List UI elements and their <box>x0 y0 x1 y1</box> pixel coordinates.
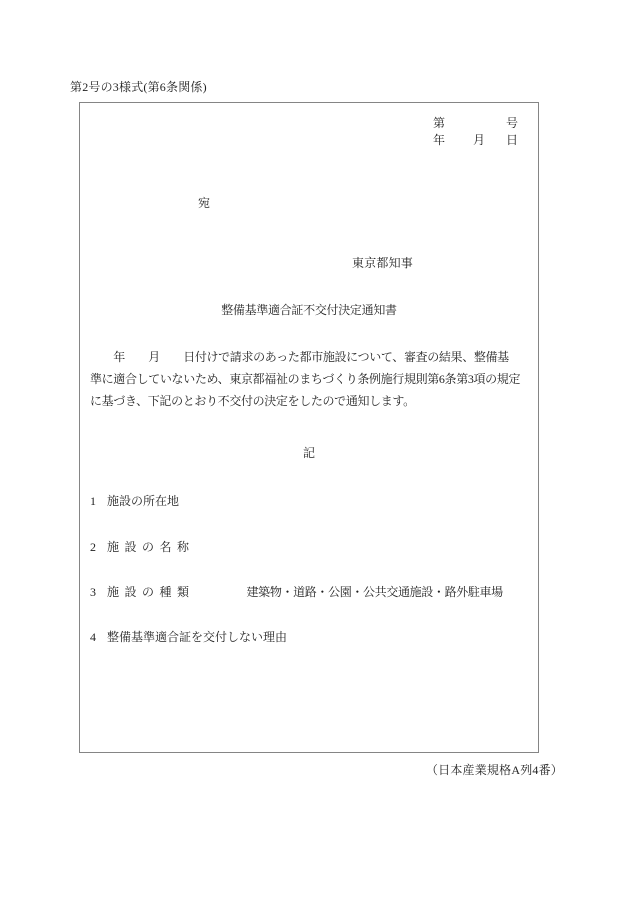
date-day-label: 日 <box>506 133 518 147</box>
item-label: 施設の所在地 <box>107 494 179 508</box>
body-paragraph: 年 月 日付けで請求のあった都市施設について、審査の結果、整備基 準に適合してい… <box>90 346 532 412</box>
item-number: 3 <box>90 585 107 600</box>
document-title: 整備基準適合証不交付決定通知書 <box>80 301 538 318</box>
list-item-type: 3施設の種類建築物・道路・公園・公共交通施設・路外駐車場 <box>90 583 503 600</box>
document-number-row: 第号 <box>433 115 518 132</box>
document-header-fields: 第号 年月日 <box>433 115 518 149</box>
body-line: 年 月 日付けで請求のあった都市施設について、審査の結果、整備基 <box>90 346 532 368</box>
document-page: 第2号の3様式(第6条関係) 第号 年月日 宛 東京都知事 整備基準適合証不交付… <box>0 0 630 903</box>
form-border-box: 第号 年月日 宛 東京都知事 整備基準適合証不交付決定通知書 年 月 日付けで請… <box>79 102 539 753</box>
list-item-reason: 4整備基準適合証を交付しない理由 <box>90 628 287 645</box>
document-date-row: 年月日 <box>433 132 518 149</box>
date-year-label: 年 <box>433 133 445 147</box>
date-day-blank <box>485 143 506 144</box>
doc-number-prefix: 第 <box>433 116 445 130</box>
form-number-label: 第2号の3様式(第6条関係) <box>70 78 207 95</box>
item-number: 4 <box>90 630 107 645</box>
item-value: 建築物・道路・公園・公共交通施設・路外駐車場 <box>247 585 503 599</box>
body-line: 準に適合していないため、東京都福祉のまちづくり条例施行規則第6条第3項の規定 <box>90 368 532 390</box>
item-number: 2 <box>90 540 107 555</box>
doc-number-blank <box>445 126 506 127</box>
item-label: 施設の種類 <box>107 585 195 599</box>
addressee-suffix: 宛 <box>198 194 210 211</box>
list-item-location: 1施設の所在地 <box>90 492 179 509</box>
doc-number-suffix: 号 <box>506 116 518 130</box>
item-label: 整備基準適合証を交付しない理由 <box>107 630 287 644</box>
date-month-label: 月 <box>473 133 485 147</box>
paper-size-note: （日本産業規格A列4番） <box>426 761 563 778</box>
issuer-name: 東京都知事 <box>352 254 413 271</box>
list-item-name: 2施設の名称 <box>90 538 195 555</box>
date-month-blank <box>445 143 473 144</box>
body-line: に基づき、下記のとおり不交付の決定をしたので通知します。 <box>90 390 532 412</box>
item-label: 施設の名称 <box>107 540 195 554</box>
item-number: 1 <box>90 494 107 509</box>
record-marker: 記 <box>80 444 538 461</box>
